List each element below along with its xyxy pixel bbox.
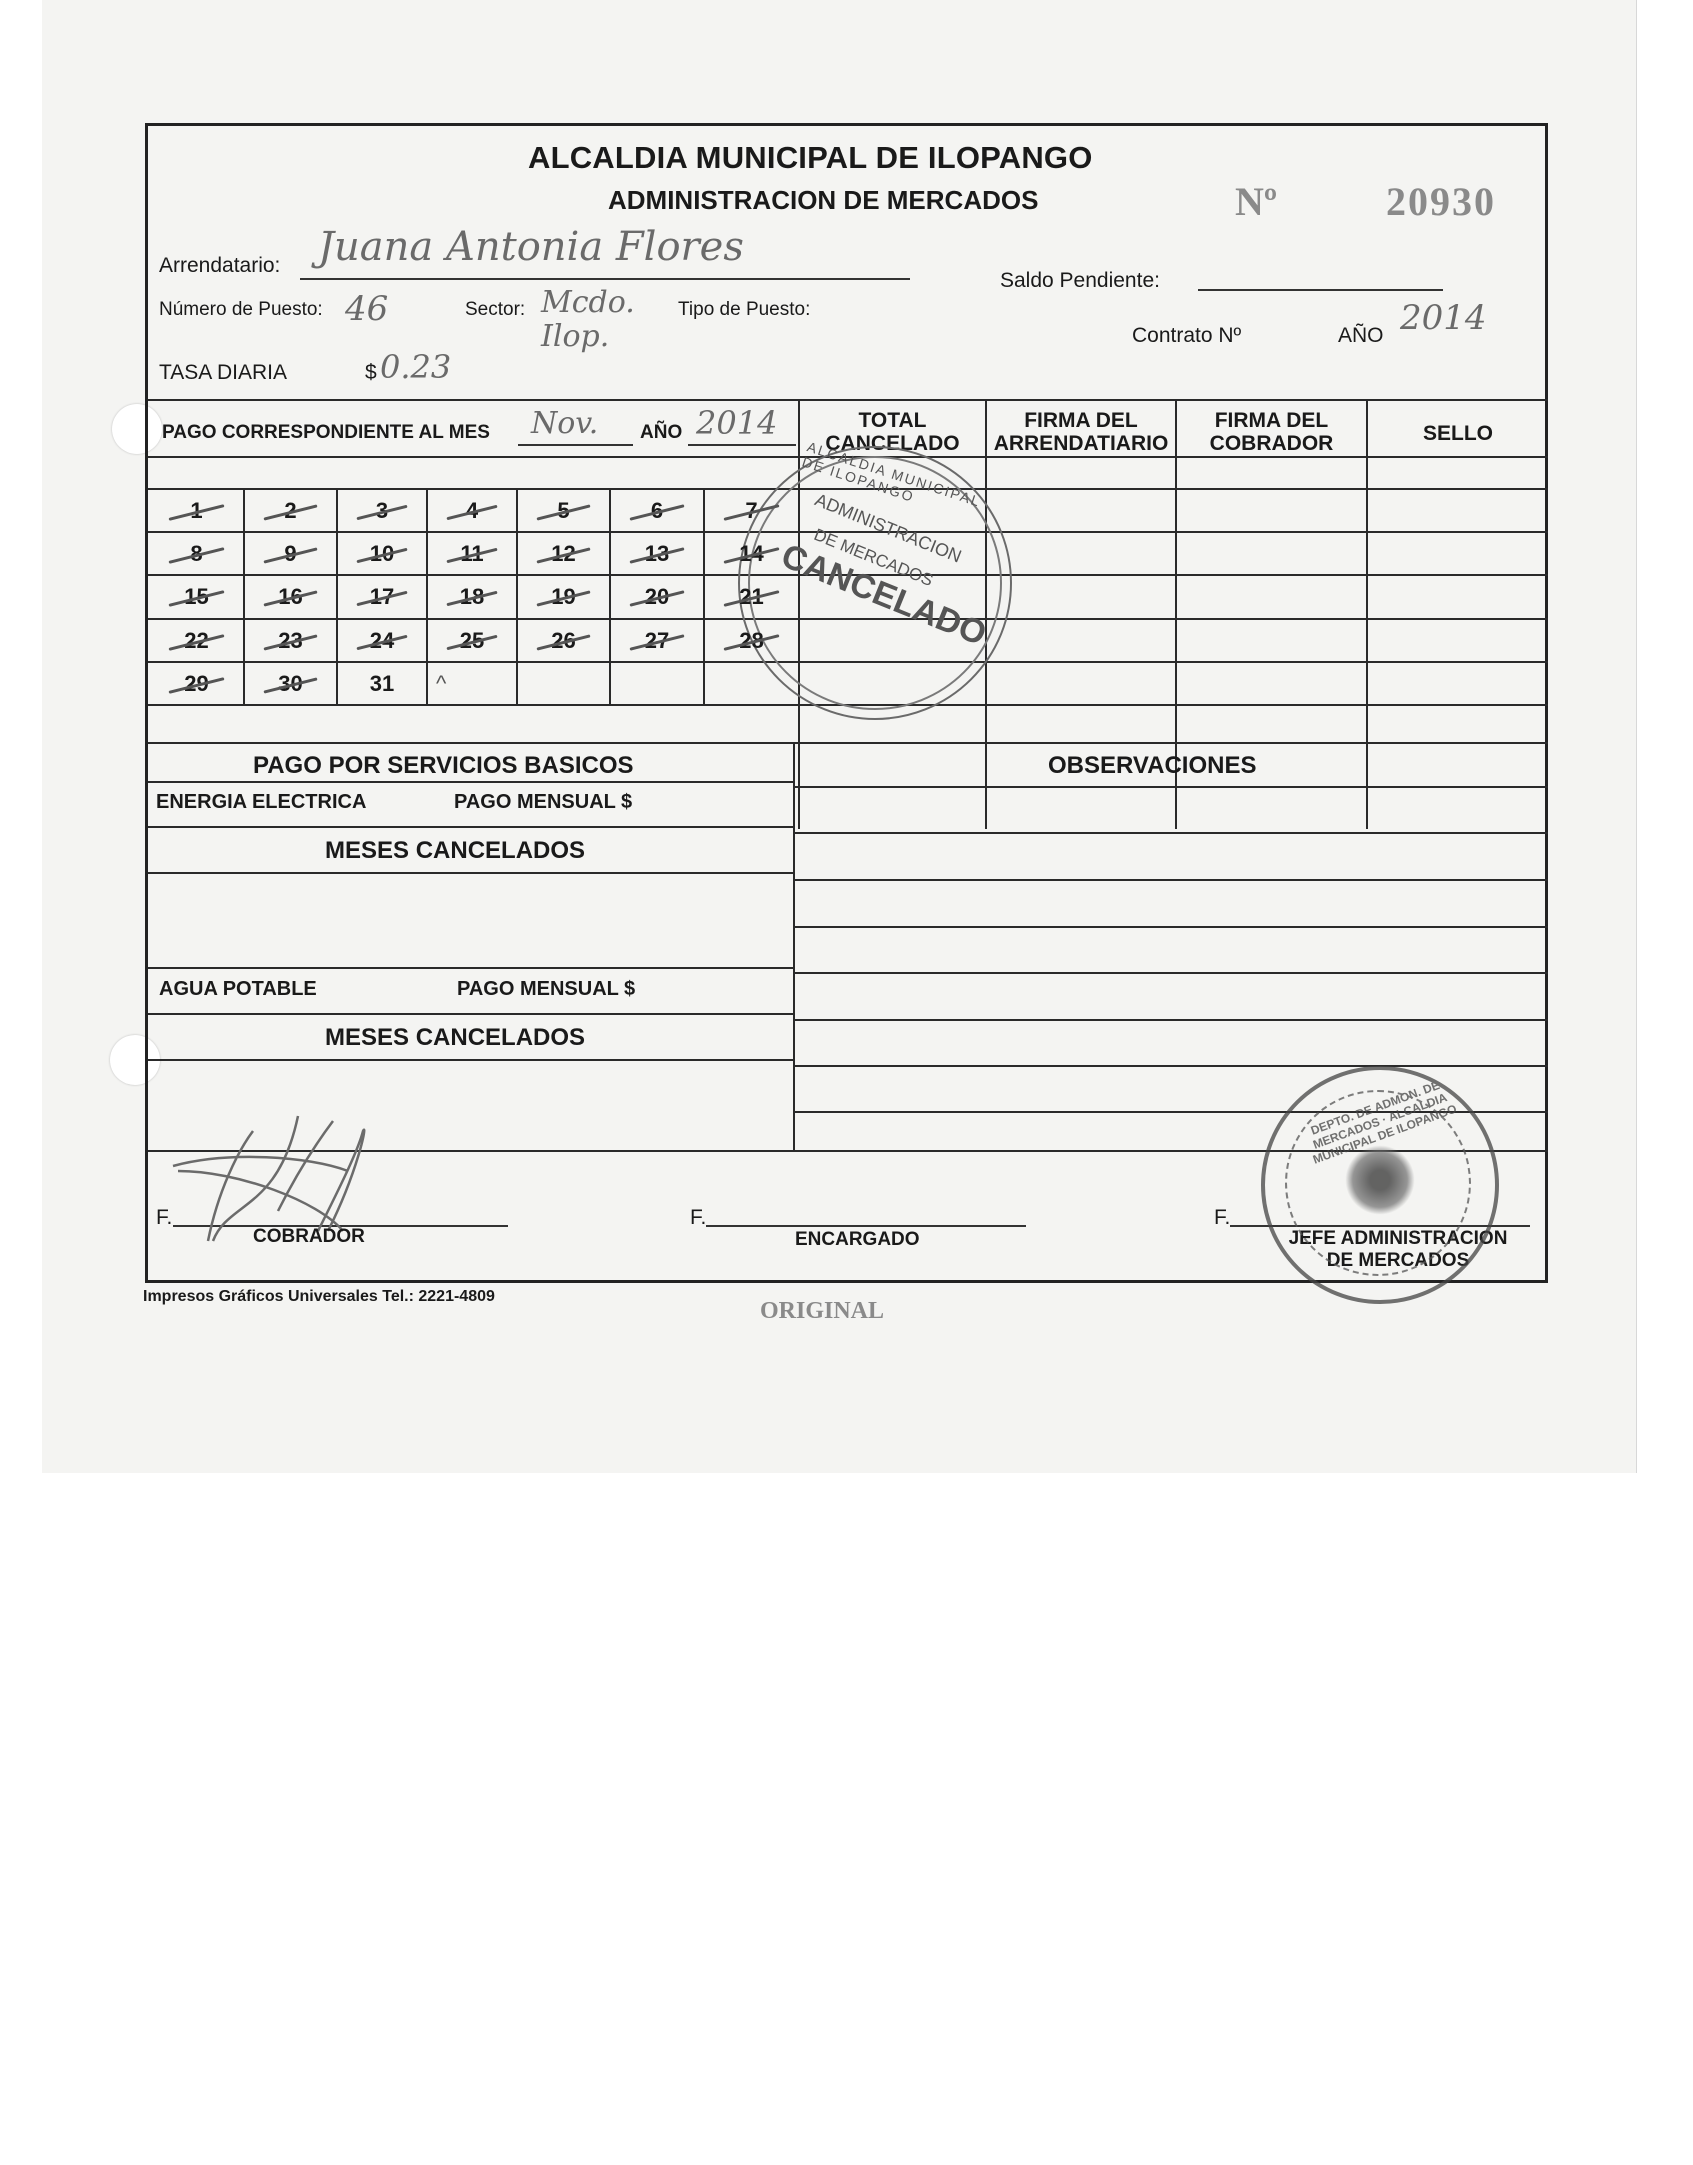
tipo-puesto-field[interactable] [828,294,908,320]
energia-label: ENERGIA ELECTRICA [156,791,366,814]
day-cell[interactable] [518,662,609,705]
day-cell[interactable]: 15 [150,575,243,618]
tasa-currency: $ [365,361,377,385]
day-cell[interactable]: 25 [428,619,516,662]
receipt-number-label: Nº [1235,178,1277,225]
day-cell[interactable]: 27 [611,619,703,662]
day-cell[interactable]: 18 [428,575,516,618]
agua-pago-label: PAGO MENSUAL $ [457,978,635,1001]
numero-puesto-label: Número de Puesto: [159,299,323,321]
tasa-diaria-field[interactable]: 0.23 [380,348,451,386]
day-cell[interactable]: 11 [428,532,516,575]
page-subtitle: ADMINISTRACION DE MERCADOS [608,185,1038,216]
day-cell[interactable]: 14 [705,532,798,575]
day-cell[interactable]: 7 [705,489,798,532]
day-cell[interactable]: 24 [338,619,426,662]
energia-meses-label: MESES CANCELADOS [325,837,585,865]
f-jefe-prefix: F. [1214,1206,1230,1230]
tipo-puesto-label: Tipo de Puesto: [678,299,810,321]
cobrador-label: COBRADOR [253,1226,365,1248]
arrendatario-field[interactable]: Juana Antonia Flores [318,224,744,270]
day-cell[interactable]: 3 [338,489,426,532]
encargado-label: ENCARGADO [795,1229,920,1251]
day-cell[interactable]: 30 [245,662,336,705]
day-cell[interactable]: 13 [611,532,703,575]
col-firma-cobrador: FIRMA DEL COBRADOR [1177,409,1366,455]
copy-label: ORIGINAL [760,1298,884,1325]
energia-meses-field[interactable] [152,876,788,964]
day-cell[interactable]: 19 [518,575,609,618]
agua-meses-label: MESES CANCELADOS [325,1024,585,1052]
day-cell[interactable]: 12 [518,532,609,575]
day-cell[interactable]: 2 [245,489,336,532]
arrendatario-label: Arrendatario: [159,254,280,278]
encargado-signature[interactable] [706,1176,1026,1224]
day-cell[interactable]: 10 [338,532,426,575]
day-cell[interactable]: 6 [611,489,703,532]
numero-puesto-field[interactable]: 46 [345,289,388,329]
day-cell[interactable]: 17 [338,575,426,618]
day-cell[interactable]: 16 [245,575,336,618]
tasa-diaria-label: TASA DIARIA [159,361,287,385]
saldo-pendiente-field[interactable] [1203,258,1443,288]
day-cell[interactable]: 23 [245,619,336,662]
energia-pago-label: PAGO MENSUAL $ [454,791,632,814]
col-sello: SELLO [1368,422,1548,445]
day-cell[interactable]: 21 [705,575,798,618]
sector-label: Sector: [465,299,525,321]
day-cell[interactable]: 31 [338,662,426,705]
receipt-number: 20930 [1386,178,1496,225]
sector-field[interactable]: Mcdo. Ilop. [541,286,641,354]
day-cell[interactable]: 9 [245,532,336,575]
saldo-pendiente-label: Saldo Pendiente: [1000,269,1160,293]
mercados-seal: DEPTO. DE ADMON. DE MERCADOS · ALCALDIA … [1261,1066,1499,1304]
day-cell[interactable]: 29 [150,662,243,705]
day-cell[interactable]: 22 [150,619,243,662]
pago-mes-label: PAGO CORRESPONDIENTE AL MES [162,422,490,444]
day-cell[interactable] [705,662,798,705]
anio-contrato-label: AÑO [1338,324,1384,348]
agua-label: AGUA POTABLE [159,978,317,1001]
receipt-form: ALCALDIA MUNICIPAL DE ILOPANGO ADMINISTR… [145,123,1548,1283]
page-title: ALCALDIA MUNICIPAL DE ILOPANGO [528,140,1093,176]
pago-mes-field[interactable]: Nov. [531,406,598,441]
pago-anio-field[interactable]: 2014 [696,404,777,442]
day-cell[interactable]: 1 [150,489,243,532]
contrato-label: Contrato Nº [1132,324,1241,348]
day-cell[interactable]: 4 [428,489,516,532]
day-cell[interactable]: 28 [705,619,798,662]
f-encargado-prefix: F. [690,1206,706,1230]
day-cell[interactable]: 20 [611,575,703,618]
col-firma-arrendatario: FIRMA DEL ARRENDATIARIO [987,409,1175,455]
day-cell[interactable]: 26 [518,619,609,662]
anio-contrato-field[interactable]: 2014 [1400,298,1487,338]
pago-anio-label: AÑO [640,422,682,444]
servicios-basicos-title: PAGO POR SERVICIOS BASICOS [253,752,634,780]
day-cell[interactable]: 8 [150,532,243,575]
day-cell[interactable] [611,662,703,705]
contrato-field[interactable] [1258,322,1318,348]
day-cell[interactable]: ^ [428,662,516,705]
printer-credit: Impresos Gráficos Universales Tel.: 2221… [143,1288,495,1306]
day-cell[interactable]: 5 [518,489,609,532]
observaciones-title: OBSERVACIONES [1048,752,1257,780]
